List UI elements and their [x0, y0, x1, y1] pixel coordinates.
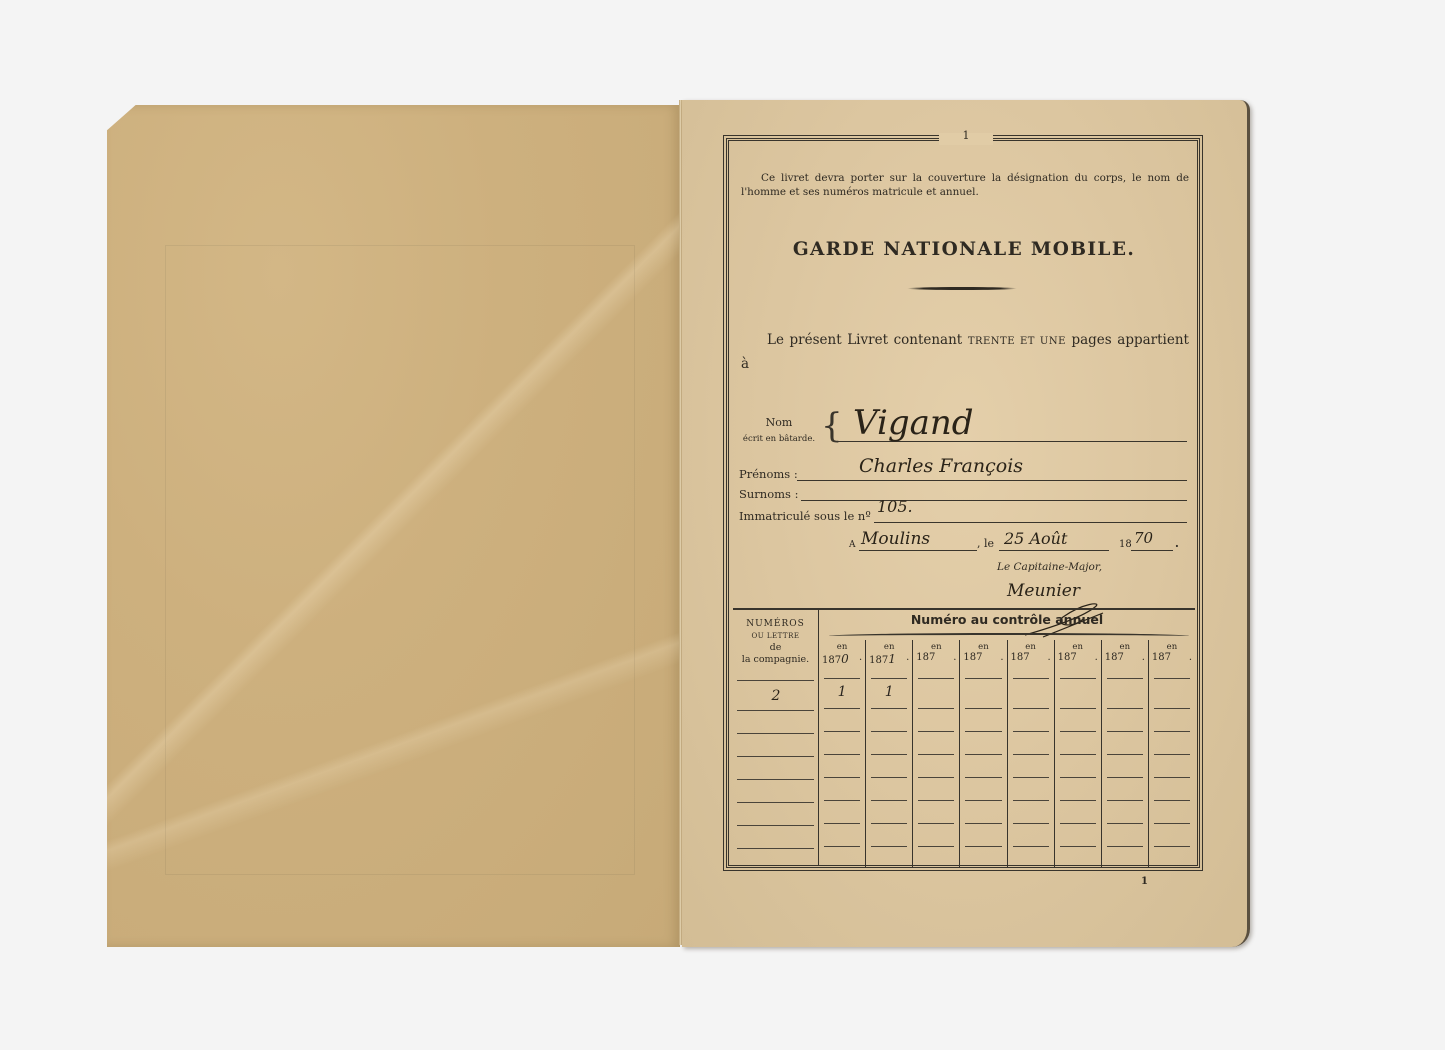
row-rule: [965, 823, 1001, 824]
year-en: en: [1149, 642, 1195, 652]
row-rule: [871, 846, 907, 847]
row-rule: [871, 754, 907, 755]
row-rule: [824, 678, 860, 679]
row-rule: [1013, 678, 1049, 679]
cover-notice: Ce livret devra porter sur la couverture…: [741, 171, 1189, 199]
control-number: 1: [819, 684, 865, 700]
date-prefix: , le: [977, 537, 994, 550]
year-dot: .: [1095, 652, 1098, 663]
row-rule: [1013, 777, 1049, 778]
signature: Meunier: [1007, 581, 1080, 601]
header-line-3: de: [733, 642, 818, 654]
row-rule: [871, 731, 907, 732]
year-column: en 187.: [1149, 640, 1195, 868]
row-rule: [824, 823, 860, 824]
row-rule: [1060, 823, 1096, 824]
row-rule: [918, 777, 954, 778]
row-rule: [1060, 731, 1096, 732]
year-label: 187.: [913, 652, 959, 663]
row-rule: [1107, 777, 1143, 778]
year-en: en: [1008, 642, 1054, 652]
year-column: en 187.: [1102, 640, 1149, 868]
year-prefix: 187: [1152, 652, 1171, 663]
row-rule: [965, 777, 1001, 778]
page-number-top: 1: [955, 129, 977, 142]
signatory-title: Le Capitaine-Major,: [997, 561, 1102, 573]
title-ornament: [907, 287, 1017, 290]
row-rule: [1013, 800, 1049, 801]
row-rule: [1060, 678, 1096, 679]
year-prefix: 187: [916, 652, 935, 663]
row-rule: [1107, 708, 1143, 709]
row-rule: [737, 733, 814, 734]
row-rule: [1107, 800, 1143, 801]
nom-label: Nom écrit en bâtarde.: [739, 415, 819, 447]
year-dot: .: [1000, 652, 1003, 663]
year-prefix: 18: [1119, 539, 1132, 550]
row-rule: [737, 848, 814, 849]
immatricule-field: Immatriculé sous le nº: [739, 505, 1187, 525]
year-line: [1131, 550, 1173, 551]
statement-page-count: TRENTE ET UNE: [968, 336, 1066, 347]
row-rule: [1154, 708, 1190, 709]
row-rule: [871, 800, 907, 801]
row-rule: [918, 708, 954, 709]
row-rule: [1013, 754, 1049, 755]
surnoms-label: Surnoms :: [739, 487, 798, 501]
year-column: en 1870. 1: [819, 640, 866, 868]
prenoms-line: [797, 480, 1187, 481]
place-line: [859, 550, 977, 551]
row-rule: [965, 754, 1001, 755]
row-rule: [824, 754, 860, 755]
row-rule: [1060, 708, 1096, 709]
row-rule: [824, 846, 860, 847]
row-rule: [824, 777, 860, 778]
header-line-1: NUMÉROS: [733, 618, 818, 630]
prenoms-label: Prénoms :: [739, 467, 798, 481]
row-rule: [1107, 678, 1143, 679]
nom-label-text: Nom: [739, 415, 819, 431]
immatricule-label: Immatriculé sous le nº: [739, 509, 871, 523]
year-column: en 187.: [960, 640, 1007, 868]
row-rule: [871, 708, 907, 709]
surnoms-field: Surnoms :: [739, 483, 1187, 503]
year-label: 1870.: [819, 652, 865, 666]
year-dot: .: [1189, 652, 1192, 663]
row-rule: [918, 800, 954, 801]
year-en: en: [866, 642, 912, 652]
year-prefix: 187: [1105, 652, 1124, 663]
row-rule: [824, 731, 860, 732]
row-rule: [737, 756, 814, 757]
row-rule: [1060, 800, 1096, 801]
year-prefix: 187: [822, 655, 841, 666]
row-rule: [965, 708, 1001, 709]
statement-text-1: Le présent Livret contenant: [767, 332, 968, 348]
date-value: 25 Août: [1004, 529, 1067, 548]
year-column: en 187.: [1055, 640, 1102, 868]
row-rule: [737, 680, 814, 681]
place-date-row: A Moulins , le 25 Août 18 70 .: [849, 531, 1189, 553]
year-prefix: 187: [1011, 652, 1030, 663]
row-rule: [918, 754, 954, 755]
year-column: en 187.: [1008, 640, 1055, 868]
row-rule: [965, 678, 1001, 679]
header-line-4: la compagnie.: [733, 654, 818, 666]
row-rule: [1060, 754, 1096, 755]
date-line: [999, 550, 1109, 551]
row-rule: [824, 708, 860, 709]
row-rule: [737, 802, 814, 803]
row-rule: [737, 710, 814, 711]
immatricule-value: 105.: [877, 497, 913, 516]
year-en: en: [913, 642, 959, 652]
row-rule: [1107, 846, 1143, 847]
row-rule: [1154, 823, 1190, 824]
nom-sublabel: écrit en bâtarde.: [739, 431, 819, 447]
row-rule: [871, 823, 907, 824]
page-number-bottom: 1: [1141, 876, 1148, 887]
control-number: 1: [866, 684, 912, 700]
row-rule: [1013, 708, 1049, 709]
year-prefix: 187: [869, 655, 888, 666]
year-label: 187.: [1055, 652, 1101, 663]
header-line-2: OU LETTRE: [733, 630, 818, 642]
year-suffix: 1: [888, 652, 896, 666]
row-rule: [965, 800, 1001, 801]
year-suffix: 0: [841, 652, 849, 666]
year-label: 187.: [960, 652, 1006, 663]
row-rule: [1060, 777, 1096, 778]
row-rule: [918, 823, 954, 824]
row-rule: [965, 846, 1001, 847]
brace: {: [821, 409, 843, 443]
row-rule: [737, 825, 814, 826]
row-rule: [1154, 754, 1190, 755]
row-rule: [1154, 678, 1190, 679]
page-frame: 1 Ce livret devra porter sur la couvertu…: [726, 138, 1200, 868]
row-rule: [1154, 777, 1190, 778]
row-rule: [1013, 846, 1049, 847]
row-rule: [824, 800, 860, 801]
row-rule: [918, 846, 954, 847]
year-dot: .: [953, 652, 956, 663]
year-suffix: .: [1175, 537, 1179, 550]
row-rule: [1060, 846, 1096, 847]
row-rule: [1154, 846, 1190, 847]
year-label: 187.: [1102, 652, 1148, 663]
row-rule: [1107, 731, 1143, 732]
year-column: en 1871. 1: [866, 640, 913, 868]
year-label: 1871.: [866, 652, 912, 666]
right-page: 1 Ce livret devra porter sur la couvertu…: [682, 100, 1250, 947]
row-rule: [965, 731, 1001, 732]
row-rule: [1154, 800, 1190, 801]
year-dot: .: [906, 652, 909, 663]
year-en: en: [1102, 642, 1148, 652]
company-column-header: NUMÉROS OU LETTRE de la compagnie.: [733, 610, 818, 666]
year-value: 70: [1134, 529, 1153, 547]
year-prefix: 187: [1058, 652, 1077, 663]
show-through-frame: [165, 245, 635, 875]
annual-control-table: NUMÉROS OU LETTRE de la compagnie. 2 Num…: [733, 608, 1195, 866]
nom-value: Vigand: [853, 403, 974, 443]
year-en: en: [819, 642, 865, 652]
place-value: Moulins: [861, 529, 930, 549]
row-rule: [871, 678, 907, 679]
document-title: GARDE NATIONALE MOBILE.: [729, 239, 1199, 260]
year-en: en: [960, 642, 1006, 652]
year-prefix: 187: [963, 652, 982, 663]
row-rule: [1013, 731, 1049, 732]
year-columns: en 1870. 1 en 1871. 1: [819, 640, 1195, 868]
left-page-inside-cover: [107, 105, 680, 947]
row-rule: [918, 731, 954, 732]
prenoms-value: Charles François: [859, 455, 1023, 477]
row-rule: [737, 779, 814, 780]
surnoms-line: [801, 500, 1187, 501]
year-dot: .: [1142, 652, 1145, 663]
annual-control-rule: [829, 633, 1189, 639]
immatricule-line: [874, 522, 1187, 523]
row-rule: [1013, 823, 1049, 824]
year-label: 187.: [1149, 652, 1195, 663]
company-value: 2: [733, 688, 819, 704]
row-rule: [1107, 823, 1143, 824]
year-label: 187.: [1008, 652, 1054, 663]
annual-control-title: Numéro au contrôle annuel: [819, 612, 1195, 627]
row-rule: [1154, 731, 1190, 732]
year-dot: .: [1047, 652, 1050, 663]
year-column: en 187.: [913, 640, 960, 868]
row-rule: [871, 777, 907, 778]
company-column: NUMÉROS OU LETTRE de la compagnie. 2: [733, 610, 819, 866]
year-dot: .: [859, 652, 862, 663]
ownership-statement: Le présent Livret contenant TRENTE ET UN…: [741, 329, 1189, 375]
row-rule: [1107, 754, 1143, 755]
year-en: en: [1055, 642, 1101, 652]
row-rule: [918, 678, 954, 679]
place-prefix: A: [849, 540, 856, 550]
